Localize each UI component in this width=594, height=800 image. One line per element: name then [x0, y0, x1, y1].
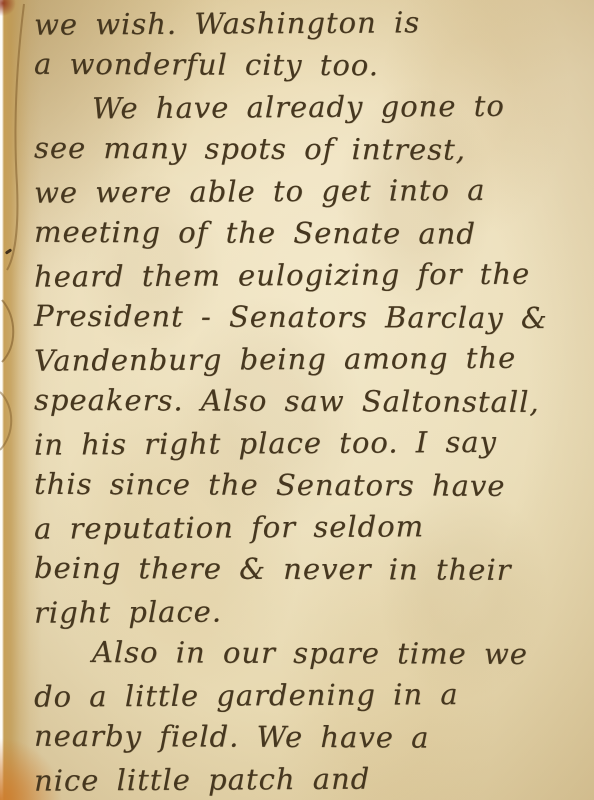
letter-line: this since the Senators have	[34, 463, 586, 507]
letter-line: do a little gardening in a	[34, 672, 586, 717]
letter-line: nice little patch and	[34, 756, 586, 800]
letter-line: Vandenburg being among the	[34, 336, 586, 381]
letter-line: a wonderful city too.	[34, 43, 586, 87]
letter-line: speakers. Also saw Saltonstall,	[34, 379, 586, 423]
letter-line: we wish. Washington is	[34, 0, 586, 45]
letter-line: heard them eulogizing for the	[34, 252, 586, 297]
letter-line: nearby field. We have a	[34, 715, 586, 759]
letter-line: meeting of the Senate and	[34, 211, 586, 255]
letter-line: in his right place too. I say	[34, 420, 586, 465]
letter-line: a reputation for seldom	[34, 504, 586, 549]
letter-line: we were able to get into a	[34, 168, 586, 213]
letter-line: see many spots of intrest,	[34, 127, 586, 171]
letter-line: We have already gone to	[34, 84, 586, 129]
letter-page: we wish. Washington is a wonderful city …	[0, 0, 594, 800]
letter-line: right place.	[34, 588, 586, 633]
letter-line: Also in our spare time we	[34, 631, 586, 675]
letter-line: being there & never in their	[34, 547, 586, 591]
letter-body: we wish. Washington is a wonderful city …	[0, 0, 594, 800]
letter-line: President - Senators Barclay &	[34, 295, 586, 339]
